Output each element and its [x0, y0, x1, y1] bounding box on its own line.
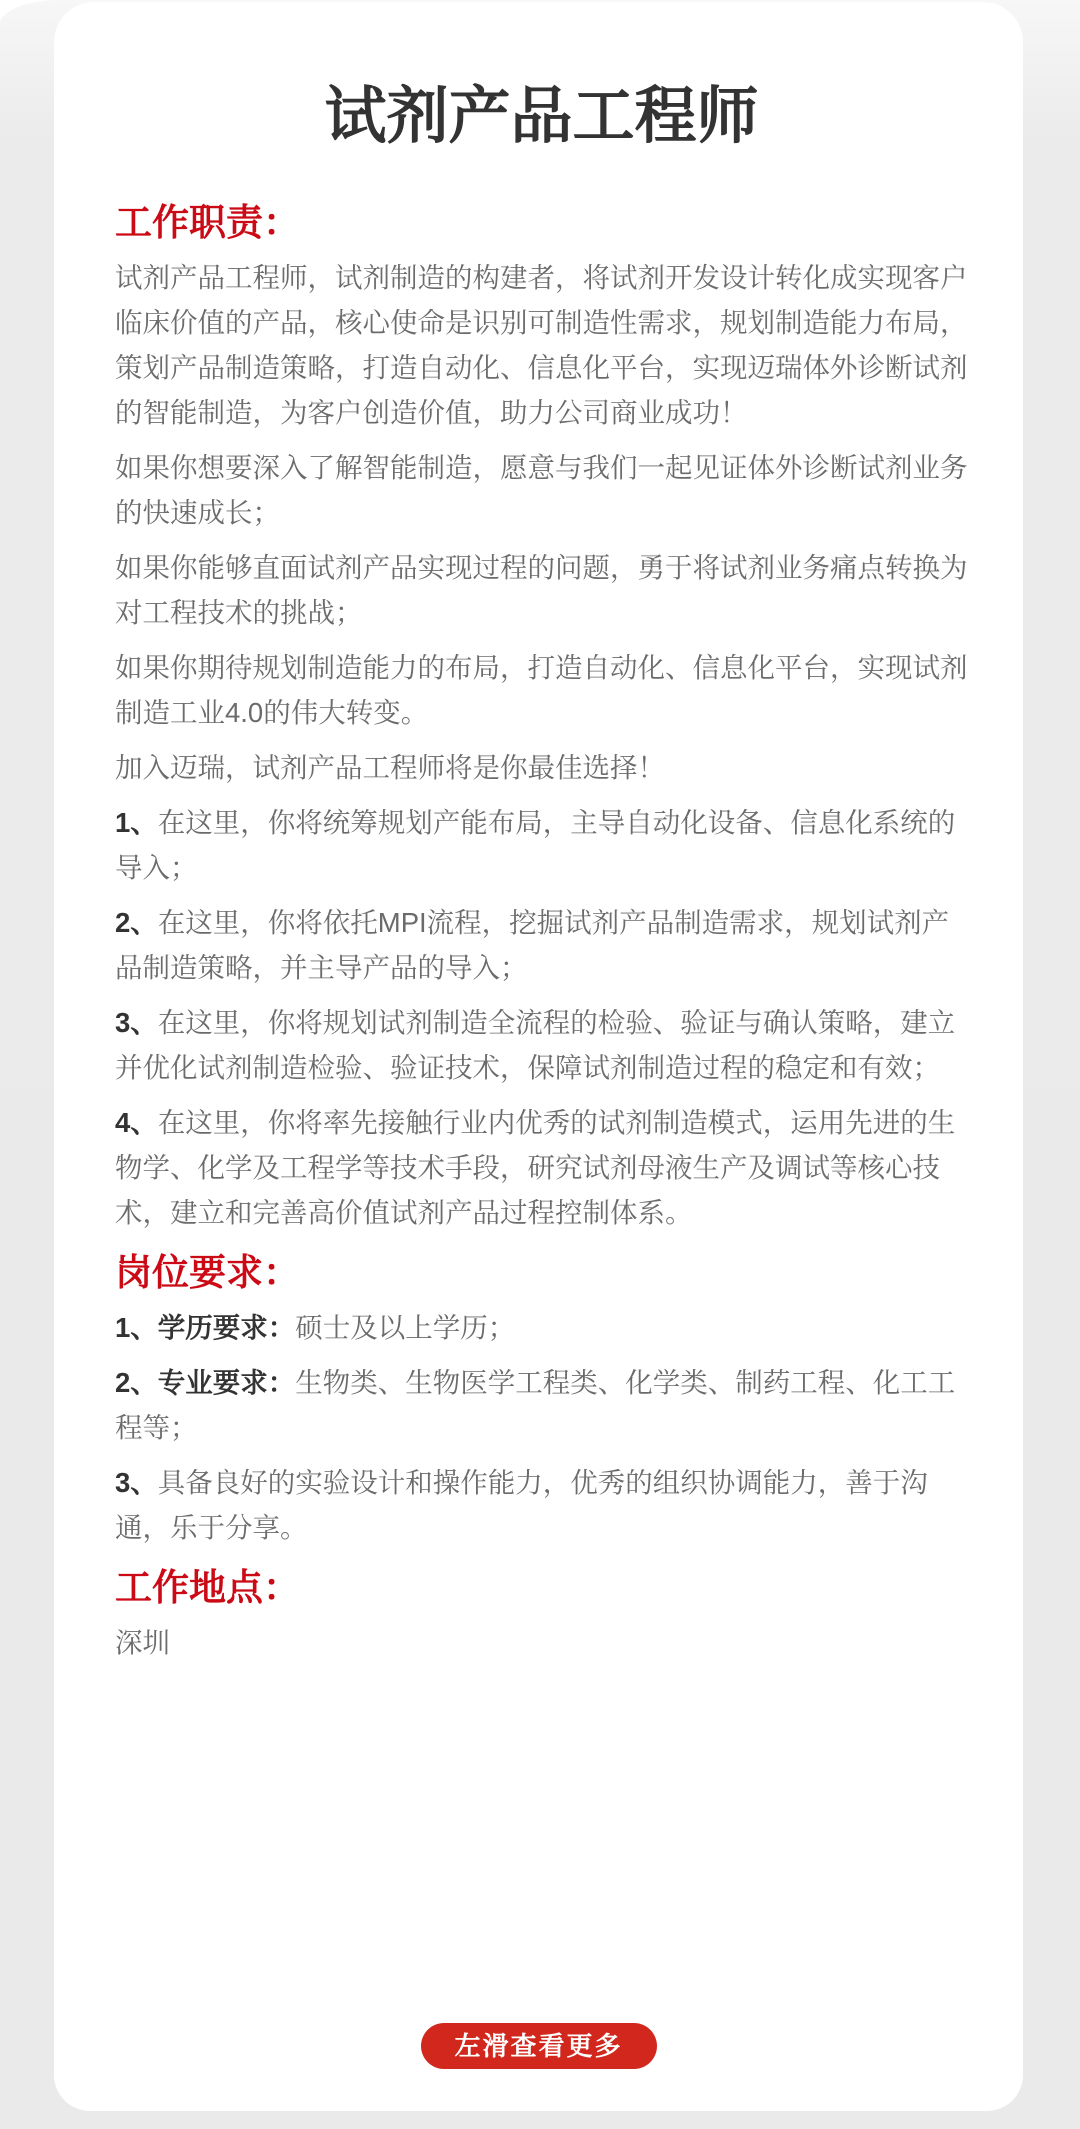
location-value: 深圳 [115, 1620, 968, 1665]
requirement-item: 2、专业要求：生物类、生物医学工程类、化学类、制药工程、化工工程等； [115, 1360, 968, 1450]
item-number: 2、 [115, 907, 158, 938]
responsibilities-intro-paragraph: 试剂产品工程师，试剂制造的构建者，将试剂开发设计转化成实现客户临床价值的产品，核… [115, 255, 968, 435]
item-text: 在这里，你将依托MPI流程，挖掘试剂产品制造需求，规划试剂产品制造策略，并主导产… [115, 907, 949, 983]
item-number: 1、 [115, 807, 158, 838]
swipe-more-button[interactable]: 左滑查看更多 [420, 2023, 656, 2069]
item-label: 2、专业要求： [115, 1367, 295, 1398]
section-responsibilities: 工作职责： 试剂产品工程师，试剂制造的构建者，将试剂开发设计转化成实现客户临床价… [115, 201, 968, 1235]
item-label: 1、学历要求： [115, 1312, 295, 1343]
job-detail-card[interactable]: 试剂产品工程师 工作职责： 试剂产品工程师，试剂制造的构建者，将试剂开发设计转化… [54, 2, 1023, 2111]
item-number: 4、 [115, 1107, 158, 1138]
item-text: 在这里，你将统筹规划产能布局，主导自动化设备、信息化系统的导入； [115, 807, 955, 883]
responsibility-item: 2、在这里，你将依托MPI流程，挖掘试剂产品制造需求，规划试剂产品制造策略，并主… [115, 900, 968, 990]
responsibilities-heading: 工作职责： [115, 201, 968, 245]
responsibilities-intro-paragraph: 加入迈瑞，试剂产品工程师将是你最佳选择！ [115, 745, 968, 790]
requirement-item: 1、学历要求：硕士及以上学历； [115, 1305, 968, 1350]
section-requirements: 岗位要求： 1、学历要求：硕士及以上学历； 2、专业要求：生物类、生物医学工程类… [115, 1251, 968, 1550]
responsibilities-intro-paragraph: 如果你想要深入了解智能制造，愿意与我们一起见证体外诊断试剂业务的快速成长； [115, 445, 968, 535]
responsibility-item: 1、在这里，你将统筹规划产能布局，主导自动化设备、信息化系统的导入； [115, 800, 968, 890]
requirements-heading: 岗位要求： [115, 1251, 968, 1295]
section-location: 工作地点： 深圳 [115, 1566, 968, 1665]
responsibilities-intro-paragraph: 如果你期待规划制造能力的布局，打造自动化、信息化平台，实现试剂制造工业4.0的伟… [115, 645, 968, 735]
item-number: 3、 [115, 1007, 158, 1038]
item-text: 硕士及以上学历； [295, 1312, 515, 1343]
item-label: 3、 [115, 1467, 158, 1498]
responsibility-item: 4、在这里，你将率先接触行业内优秀的试剂制造模式，运用先进的生物学、化学及工程学… [115, 1100, 968, 1235]
item-text: 在这里，你将规划试剂制造全流程的检验、验证与确认策略，建立并优化试剂制造检验、验… [115, 1007, 955, 1083]
location-heading: 工作地点： [115, 1566, 968, 1610]
responsibilities-intro-paragraph: 如果你能够直面试剂产品实现过程的问题，勇于将试剂业务痛点转换为对工程技术的挑战； [115, 545, 968, 635]
item-text: 在这里，你将率先接触行业内优秀的试剂制造模式，运用先进的生物学、化学及工程学等技… [115, 1107, 955, 1228]
job-title: 试剂产品工程师 [115, 86, 968, 148]
item-text: 具备良好的实验设计和操作能力，优秀的组织协调能力，善于沟通，乐于分享。 [115, 1467, 928, 1543]
responsibility-item: 3、在这里，你将规划试剂制造全流程的检验、验证与确认策略，建立并优化试剂制造检验… [115, 1000, 968, 1090]
requirement-item: 3、具备良好的实验设计和操作能力，优秀的组织协调能力，善于沟通，乐于分享。 [115, 1460, 968, 1550]
